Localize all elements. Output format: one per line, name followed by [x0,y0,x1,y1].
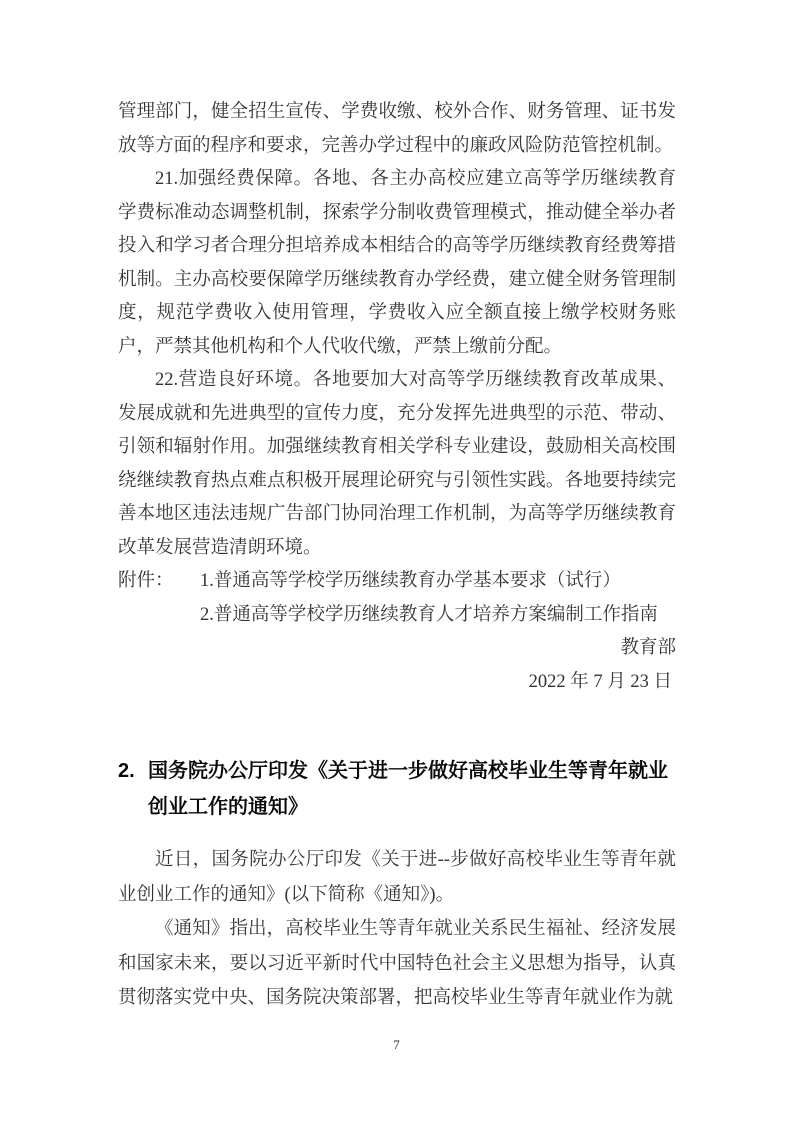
attachments-label: 附件： [118,565,200,599]
attachments-list: 1.普通高等学校学历继续教育办学基本要求（试行） 2.普通高等学校学历继续教育人… [200,565,676,632]
section-2-heading-title: 国务院办公厅印发《关于进一步做好高校毕业生等青年就业创业工作的通知》 [148,753,676,825]
attachment-item-2: 2.普通高等学校学历继续教育人才培养方案编制工作指南 [200,599,676,633]
document-page: 管理部门，健全招生宣传、学费收缴、校外合作、财务管理、证书发放等方面的程序和要求… [0,0,793,1122]
page-content: 管理部门，健全招生宣传、学费收缴、校外合作、财务管理、证书发放等方面的程序和要求… [0,0,793,1016]
paragraph-item-22: 22.营造良好环境。各地要加大对高等学历继续教育改革成果、发展成就和先进典型的宣… [118,364,676,565]
attachment-item-1: 1.普通高等学校学历继续教育办学基本要求（试行） [200,565,676,599]
issue-date: 2022 年 7 月 23 日 [118,666,676,700]
issuer-signature: 教育部 [118,632,676,666]
section-2-heading: 2. 国务院办公厅印发《关于进一步做好高校毕业生等青年就业创业工作的通知》 [118,753,676,825]
paragraph-continuation: 管理部门，健全招生宣传、学费收缴、校外合作、财务管理、证书发放等方面的程序和要求… [118,96,676,163]
page-number: 7 [0,1036,793,1054]
section-2-paragraph-2: 《通知》指出，高校毕业生等青年就业关系民生福祉、经济发展和国家未来，要以习近平新… [118,912,676,1016]
section-2-paragraph-1: 近日，国务院办公厅印发《关于进--步做好高校毕业生等青年就业创业工作的通知》(以… [118,843,676,912]
paragraph-item-21: 21.加强经费保障。各地、各主办高校应建立高等学历继续教育学费标准动态调整机制，… [118,163,676,364]
attachments-block: 附件： 1.普通高等学校学历继续教育办学基本要求（试行） 2.普通高等学校学历继… [118,565,676,632]
section-2-heading-number: 2. [118,753,148,825]
